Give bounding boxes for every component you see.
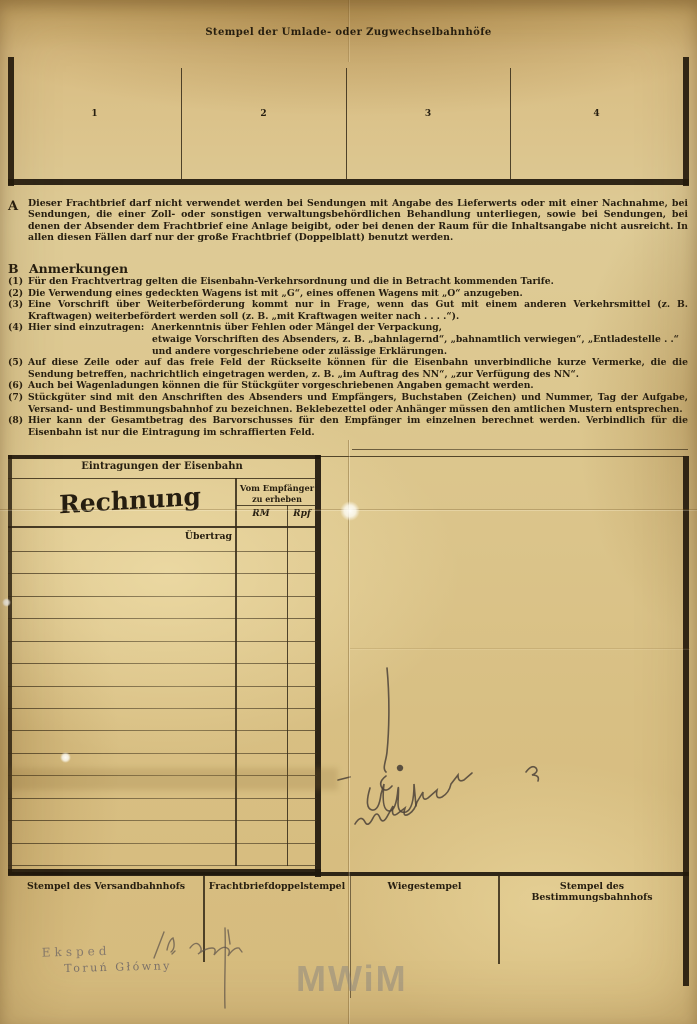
- table-row-line: [8, 573, 317, 574]
- note-line: Anerkenntnis über Fehlen oder Mängel der…: [152, 322, 442, 333]
- section-a-text: Dieser Frachtbrief darf nicht verwendet …: [28, 198, 688, 244]
- note-6: (6)Auch bei Wagenladungen können die für…: [8, 380, 688, 392]
- table-row-line: [8, 798, 317, 799]
- stamp-box-label-wiege: Wiegestempel: [352, 881, 497, 892]
- collect-header-line2: zu erheben: [236, 494, 318, 504]
- table-header: Eintragungen der Eisenbahn: [8, 461, 316, 472]
- column-number-3: 3: [346, 109, 510, 119]
- uebertrag-label: Übertrag: [120, 531, 232, 542]
- note-text: Die Verwendung eines gedeckten Wagens is…: [28, 288, 523, 299]
- table-row-line: [8, 708, 317, 709]
- currency-col-rpf: Rpf: [287, 509, 317, 519]
- note-num: (7): [8, 392, 28, 404]
- table-border-left: [8, 455, 12, 875]
- stamp-box-label-bestimmung: Stempel des Bestimmungsbahnhofs: [500, 881, 684, 903]
- note-3: (3)Eine Vorschrift über Weiterbeförderun…: [8, 299, 688, 322]
- collect-header-line1: Vom Empfänger: [236, 483, 318, 493]
- note-text: Für den Frachtvertrag gelten die Eisenba…: [28, 276, 554, 287]
- section-b-title: Anmerkungen: [29, 261, 128, 276]
- panel-border-right: [683, 456, 689, 986]
- note-4: (4)Hier sind einzutragen: Anerkenntnis ü…: [8, 322, 688, 357]
- table-row-line: [8, 820, 317, 821]
- box-border-left: [8, 57, 14, 186]
- section-b-heading: B Anmerkungen: [8, 261, 128, 276]
- box-border-right: [683, 57, 689, 186]
- top-title: Stempel der Umlade- oder Zugwechselbahnh…: [0, 27, 697, 38]
- stain-band: [8, 768, 338, 790]
- table-row-line: [8, 663, 317, 664]
- note-5: (5)Auf diese Zeile oder auf das freie Fe…: [8, 357, 688, 380]
- table-row-line: [8, 753, 317, 754]
- stamp-box-label-versand: Stempel des Versandbahnhofs: [10, 881, 202, 892]
- table-row-line: [8, 730, 317, 731]
- header-underline: [8, 478, 316, 479]
- column-number-4: 4: [510, 109, 683, 119]
- note-num: (1): [8, 276, 28, 288]
- entry-rule-line: [352, 449, 688, 450]
- note-7: (7)Stückgüter sind mit den Anschriften d…: [8, 392, 688, 415]
- stamp-box-label-doppel: Frachtbriefdoppelstempel: [205, 881, 349, 892]
- note-8: (8)Hier kann der Gesamtbetrag des Barvor…: [8, 415, 688, 438]
- table-row-line: [8, 686, 317, 687]
- note-2: (2)Die Verwendung eines gedeckten Wagens…: [8, 288, 688, 300]
- table-row-line: [8, 843, 317, 844]
- column-number-1: 1: [8, 109, 181, 119]
- table-row-line: [8, 596, 317, 597]
- pencil-stroke-vertical: [219, 926, 231, 1010]
- stamps-border-top: [8, 872, 689, 876]
- paper-hole: [340, 501, 360, 521]
- pencil-annotation: [330, 620, 560, 850]
- note-num: (8): [8, 415, 28, 427]
- box-divider-2: [346, 68, 347, 180]
- note-num: (4): [8, 322, 28, 334]
- table-row-line: [8, 641, 317, 642]
- box-border-bottom: [8, 179, 689, 185]
- section-b-notes: (1)Für den Frachtvertrag gelten die Eise…: [8, 276, 688, 438]
- note-1: (1)Für den Frachtvertrag gelten die Eise…: [8, 276, 688, 288]
- note-num: (5): [8, 357, 28, 369]
- note-line: und andere vorgeschriebene oder zulässig…: [152, 346, 688, 358]
- note-text: Hier kann der Gesamtbetrag des Barvorsch…: [28, 415, 688, 438]
- note-intro: Hier sind einzutragen:: [28, 322, 144, 333]
- note-text: Eine Vorschrift über Weiterbeförderung k…: [28, 299, 688, 322]
- box-divider-1: [181, 68, 182, 180]
- note-text: Auf diese Zeile oder auf das freie Feld …: [28, 357, 688, 380]
- box-divider-3: [510, 68, 511, 180]
- column-number-2: 2: [181, 109, 346, 119]
- section-a-label: A: [8, 199, 18, 214]
- note-num: (3): [8, 299, 28, 311]
- section-b-label: B: [8, 261, 19, 276]
- amount-col-divider: [235, 478, 237, 866]
- pencil-signature: [110, 920, 270, 1000]
- table-row-line: [8, 618, 317, 619]
- note-num: (2): [8, 288, 28, 300]
- subheader-line: [8, 526, 316, 528]
- frachtbrief-reverse-scan: Stempel der Umlade- oder Zugwechselbahnh…: [0, 0, 697, 1024]
- watermark: MWiM: [296, 958, 408, 1000]
- panel-border-top: [320, 456, 684, 457]
- note-text: Stückgüter sind mit den Anschriften des …: [28, 392, 688, 415]
- table-border-top: [8, 455, 320, 459]
- note-line: etwaige Vorschriften des Absenders, z. B…: [152, 334, 688, 346]
- rechnung-label: Rechnung: [30, 480, 230, 521]
- collect-underline: [236, 505, 316, 506]
- currency-col-rm: RM: [236, 509, 286, 519]
- note-num: (6): [8, 380, 28, 392]
- table-row-line: [8, 865, 317, 866]
- table-row-line: [8, 775, 317, 776]
- note-text: Auch bei Wagenladungen können die für St…: [28, 380, 534, 391]
- table-row-line: [8, 551, 317, 552]
